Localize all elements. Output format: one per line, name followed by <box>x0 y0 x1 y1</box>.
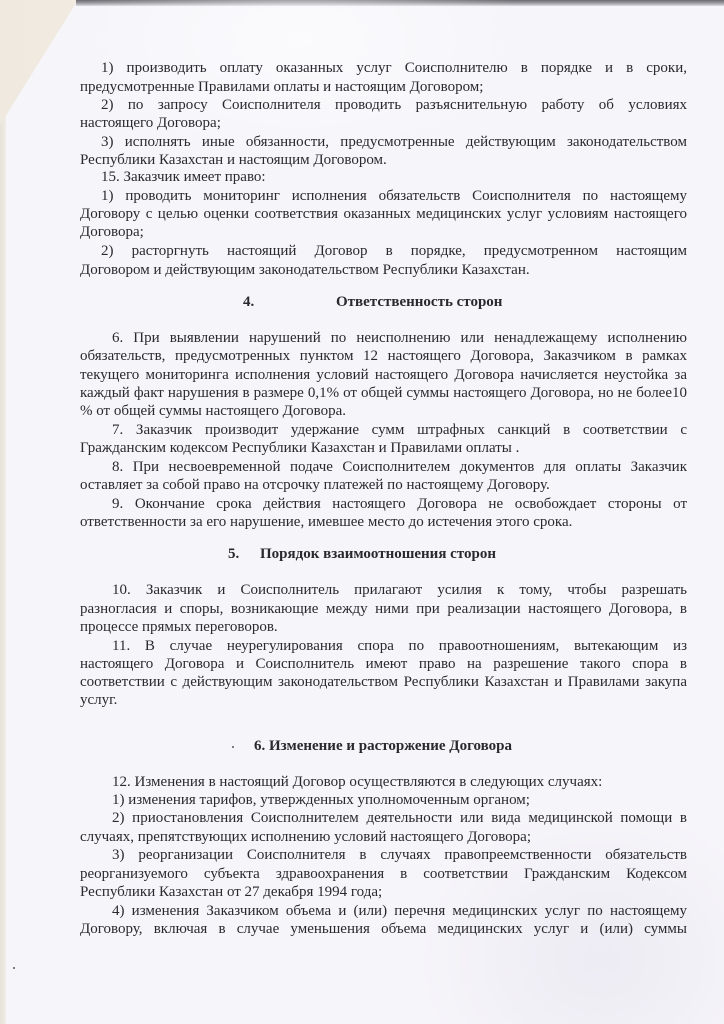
clause-15-1-line-1: 1) проводить мониторинг исполнения обяза… <box>101 188 687 205</box>
stray-mark <box>13 967 15 969</box>
clause-14-1-line-1: 1) производить оплату оказанных услуг Со… <box>101 60 687 77</box>
clause-12-4-line-2: Договору, включая в случае уменьшения об… <box>80 921 687 938</box>
clause-12-4-line-1: 4) изменения Заказчиком объема и (или) п… <box>112 903 687 920</box>
stray-mark <box>232 746 234 748</box>
clause-11-line-4: услуг. <box>80 692 117 709</box>
clause-10-line-2: разногласия и споры, возникающие между н… <box>80 601 687 618</box>
section-5-title: Порядок взаимоотношения сторон <box>260 546 496 563</box>
clause-12-2-line-2: случаях, препятствующих исполнению услов… <box>80 829 531 846</box>
clause-8-line-1: 8. При несвоевременной подаче Соисполнит… <box>112 459 687 476</box>
clause-6-line-5: % от общей суммы настоящего Договора. <box>80 403 346 420</box>
clause-7-line-1: 7. Заказчик производит удержание сумм шт… <box>112 422 687 439</box>
section-6-title: 6. Изменение и расторжение Договора <box>254 738 512 755</box>
clause-8-line-2: оставляет за собой право на отсрочку пла… <box>80 477 550 494</box>
clause-14-1-line-2: предусмотренные Правилами оплаты и насто… <box>80 79 483 96</box>
clause-9-line-1: 9. Окончание срока действия настоящего Д… <box>112 496 687 513</box>
section-4-title: Ответственность сторон <box>336 294 502 311</box>
clause-6-line-4: каждый факт нарушения в размере 0,1% от … <box>80 385 687 402</box>
section-5-number: 5. <box>228 546 239 563</box>
clause-15-2-line-1: 2) расторгнуть настоящий Договор в поряд… <box>101 243 687 260</box>
clause-11-line-2: настоящего Договора и Соисполнитель имею… <box>80 656 687 673</box>
clause-12-3-line-1: 3) реорганизации Соисполнителя в случаях… <box>112 847 687 864</box>
clause-12-2-line-1: 2) приостановления Соисполнителем деятел… <box>112 810 687 827</box>
clause-11-line-3: соответствии с действующим законодательс… <box>80 674 687 691</box>
clause-10-line-1: 10. Заказчик и Соисполнитель прилагают у… <box>112 582 687 599</box>
clause-12-title: 12. Изменения в настоящий Договор осущес… <box>112 774 602 791</box>
clause-6-line-3: текущего мониторинга исполнения условий … <box>80 367 687 384</box>
clause-6-line-1: 6. При выявлении нарушений по неисполнен… <box>112 330 687 347</box>
document-page: 1) производить оплату оказанных услуг Со… <box>0 0 724 1024</box>
clause-15-title: 15. Заказчик имеет право: <box>101 169 266 186</box>
clause-9-line-2: ответственности за его нарушение, имевше… <box>80 514 572 531</box>
clause-14-3-line-1: 3) исполнять иные обязанности, предусмот… <box>101 134 687 151</box>
clause-6-line-2: обязательств, предусмотренных пунктом 12… <box>80 348 687 365</box>
clause-15-1-line-2: Договору с целью оценки соответствия ока… <box>80 206 687 223</box>
clause-14-2-line-2: настоящего Договора; <box>80 115 221 132</box>
section-4-number: 4. <box>243 294 254 311</box>
clause-11-line-1: 11. В случае неурегулирования спора по п… <box>112 638 687 655</box>
clause-12-1-line-1: 1) изменения тарифов, утвержденных уполн… <box>112 792 530 809</box>
clause-15-1-line-3: Договора; <box>80 224 144 241</box>
clause-10-line-3: процессе прямых переговоров. <box>80 619 278 636</box>
clause-12-3-line-2: реорганизуемого субъекта здравоохранения… <box>80 866 687 883</box>
clause-14-3-line-2: Республики Казахстан и настоящим Договор… <box>80 152 387 169</box>
clause-12-3-line-3: Республики Казахстан от 27 декабря 1994 … <box>80 884 382 901</box>
clause-14-2-line-1: 2) по запросу Соисполнителя проводить ра… <box>101 97 687 114</box>
clause-7-line-2: Гражданским кодексом Республики Казахста… <box>80 440 519 457</box>
clause-15-2-line-2: Договором и действующим законодательство… <box>80 262 530 279</box>
